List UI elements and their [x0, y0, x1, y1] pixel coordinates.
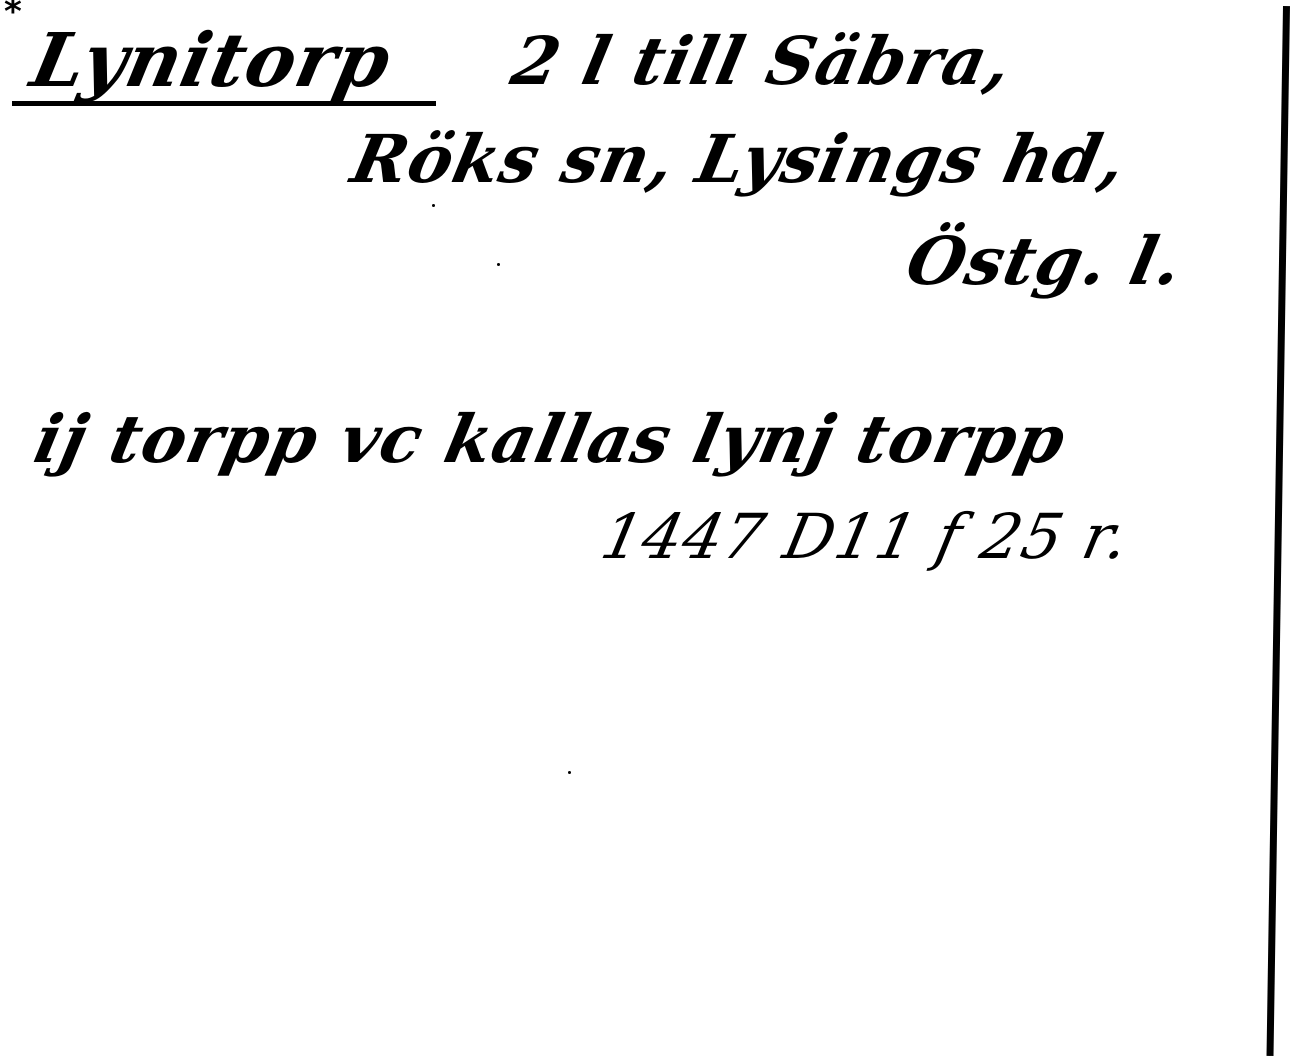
- index-card: * Lynitorp 2 l till Säbra, Röks sn, Lysi…: [0, 0, 1309, 1060]
- asterisk-marker: *: [4, 0, 22, 32]
- card-edge-line: [1267, 6, 1290, 1056]
- headword-underline: [12, 101, 436, 106]
- ink-speck: [568, 771, 571, 774]
- headword: Lynitorp: [24, 18, 399, 104]
- ink-speck: [497, 263, 500, 266]
- entry-line-2: Röks sn, Lysings hd,: [345, 120, 1133, 198]
- citation-text: ij torpp vc kallas lynj torpp: [28, 400, 1073, 478]
- entry-line-1: 2 l till Säbra,: [505, 22, 1019, 100]
- entry-line-3: Östg. l.: [900, 222, 1190, 300]
- source-reference: 1447 D11 f 25 r.: [595, 500, 1136, 573]
- ink-speck: [432, 204, 435, 207]
